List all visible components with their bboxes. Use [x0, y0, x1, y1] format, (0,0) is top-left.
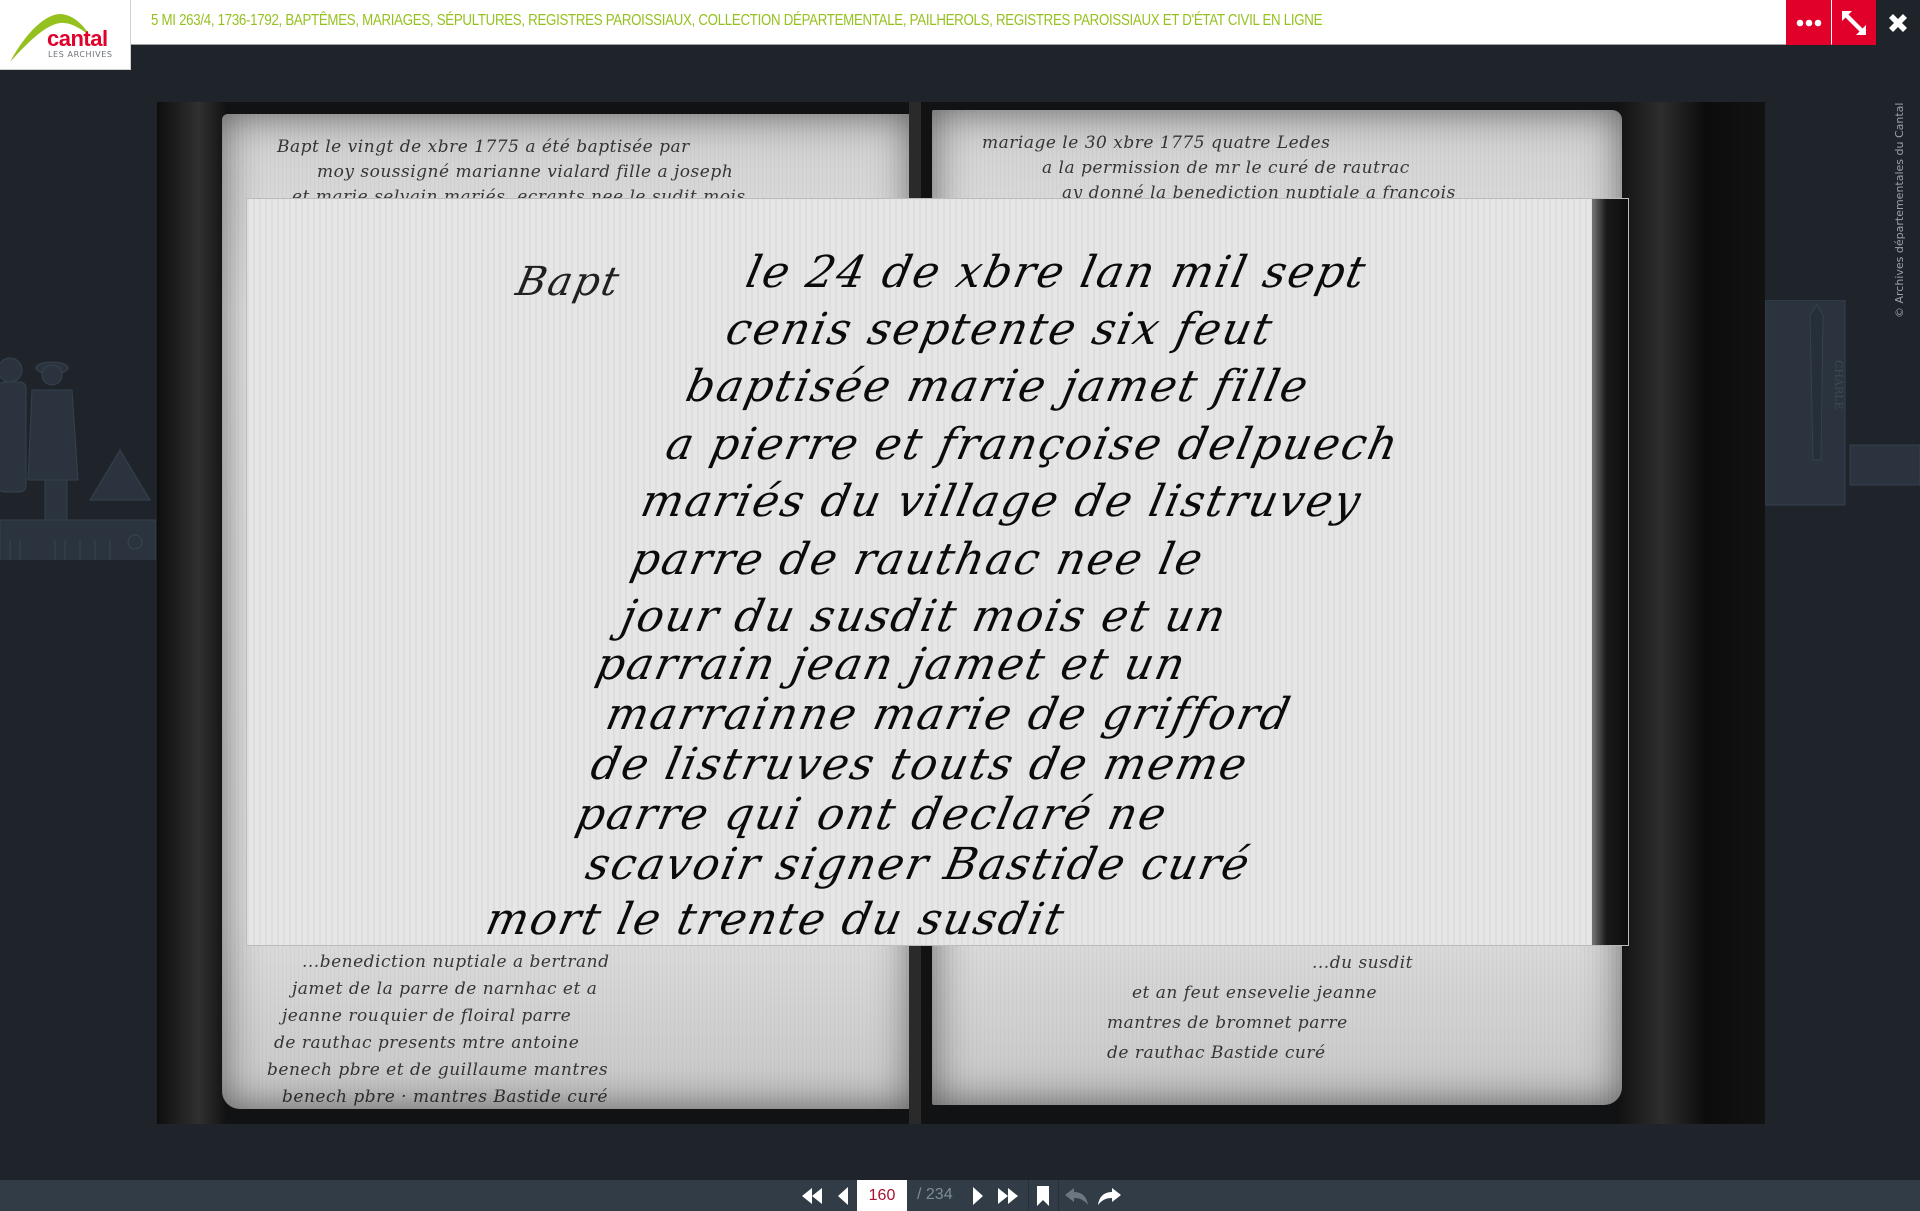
handwritten-line: ...du susdit: [1312, 950, 1413, 977]
handwritten-line: mantres de bromnet parre: [1107, 1010, 1348, 1037]
toolbar-separator: [1028, 1180, 1029, 1211]
background-illustration-left: [0, 330, 156, 560]
header-bar: 5 MI 263/4, 1736-1792, BAPTÊMES, MARIAGE…: [0, 0, 1920, 45]
handwritten-line: mariage le 30 xbre 1775 quatre Ledes: [982, 130, 1330, 157]
magnified-line: parrain jean jamet et un: [592, 639, 1192, 690]
undo-icon: [1064, 1186, 1090, 1206]
magnified-line: le 24 de xbre lan mil sept: [742, 247, 1372, 298]
total-pages-label: / 234: [917, 1186, 953, 1204]
magnifier-lens[interactable]: Bapt le 24 de xbre lan mil sept cenis se…: [247, 199, 1628, 945]
expand-arrows-icon: [1840, 9, 1868, 37]
handwritten-line: benech pbre · mantres Bastide curé: [282, 1084, 608, 1109]
redo-button[interactable]: [1095, 1184, 1123, 1208]
magnified-line: parre de rauthac nee le: [627, 534, 1210, 585]
ellipsis-icon: [1796, 19, 1822, 27]
svg-text:CHARLE: CHARLE: [1832, 360, 1845, 410]
close-x-icon: [1885, 10, 1911, 36]
last-page-button[interactable]: [994, 1184, 1022, 1208]
bookmark-button[interactable]: [1033, 1184, 1053, 1208]
handwritten-line: ...benediction nuptiale a bertrand: [302, 949, 609, 976]
more-options-button[interactable]: [1786, 0, 1831, 45]
scan-right-edge: [1617, 102, 1765, 1124]
toolbar-separator: [1058, 1180, 1059, 1211]
bookmark-icon: [1036, 1185, 1050, 1207]
page-navigation-toolbar: / 234: [0, 1180, 1920, 1211]
handwritten-line: jeanne rouquier de floiral parre: [282, 1003, 571, 1030]
close-button[interactable]: [1876, 0, 1920, 45]
next-page-icon: [972, 1186, 984, 1206]
magnified-line: mariés du village de listruvey: [637, 476, 1367, 527]
first-page-button[interactable]: [798, 1184, 826, 1208]
fullscreen-button[interactable]: [1832, 0, 1876, 45]
logo-brand-text: cantal: [47, 26, 108, 52]
magnified-line: parre qui ont declaré ne: [572, 789, 1173, 840]
handwritten-line: de rauthac presents mtre antoine: [274, 1030, 579, 1057]
first-page-icon: [800, 1186, 824, 1206]
last-page-icon: [996, 1186, 1020, 1206]
handwritten-line: moy soussigné marianne vialard fille a j…: [317, 159, 733, 186]
document-title: 5 MI 263/4, 1736-1792, BAPTÊMES, MARIAGE…: [151, 12, 1322, 34]
undo-button[interactable]: [1063, 1184, 1091, 1208]
magnifier-page-edge: [1592, 199, 1628, 945]
margin-note: Bapt: [512, 259, 625, 305]
magnified-line: cenis septente six feut: [722, 304, 1279, 355]
magnified-line: a pierre et françoise delpuech: [662, 419, 1405, 470]
current-page-input[interactable]: [857, 1180, 907, 1211]
magnified-line: baptisée marie jamet fille: [682, 361, 1315, 412]
magnified-line: de listruves touts de meme: [587, 739, 1254, 790]
scan-left-edge: [157, 102, 227, 1124]
background-illustration-right: CHARLE: [1765, 300, 1920, 520]
handwritten-line: benech pbre et de guillaume mantres: [267, 1057, 608, 1084]
next-page-button[interactable]: [969, 1184, 987, 1208]
logo-subtitle: LES ARCHIVES: [48, 50, 113, 59]
magnified-line: scavoir signer Bastide curé: [582, 839, 1256, 890]
handwritten-line: de rauthac Bastide curé: [1107, 1040, 1326, 1067]
handwritten-line: et an feut ensevelie jeanne: [1132, 980, 1377, 1007]
magnified-line: mort le trente du susdit: [482, 894, 1071, 945]
cantal-archives-logo[interactable]: cantal LES ARCHIVES: [0, 0, 131, 70]
previous-page-button[interactable]: [834, 1184, 852, 1208]
handwritten-line: jamet de la parre de narnhac et a: [292, 976, 597, 1003]
redo-icon: [1096, 1186, 1122, 1206]
handwritten-line: a la permission de mr le curé de rautrac: [1042, 155, 1410, 182]
handwritten-line: Bapt le vingt de xbre 1775 a été baptisé…: [277, 134, 690, 161]
magnified-line: marrainne marie de grifford: [602, 689, 1297, 740]
magnified-line: jour du susdit mois et un: [617, 591, 1232, 642]
previous-page-icon: [837, 1186, 849, 1206]
copyright-notice: © Archives départementales du Cantal: [1893, 78, 1906, 318]
